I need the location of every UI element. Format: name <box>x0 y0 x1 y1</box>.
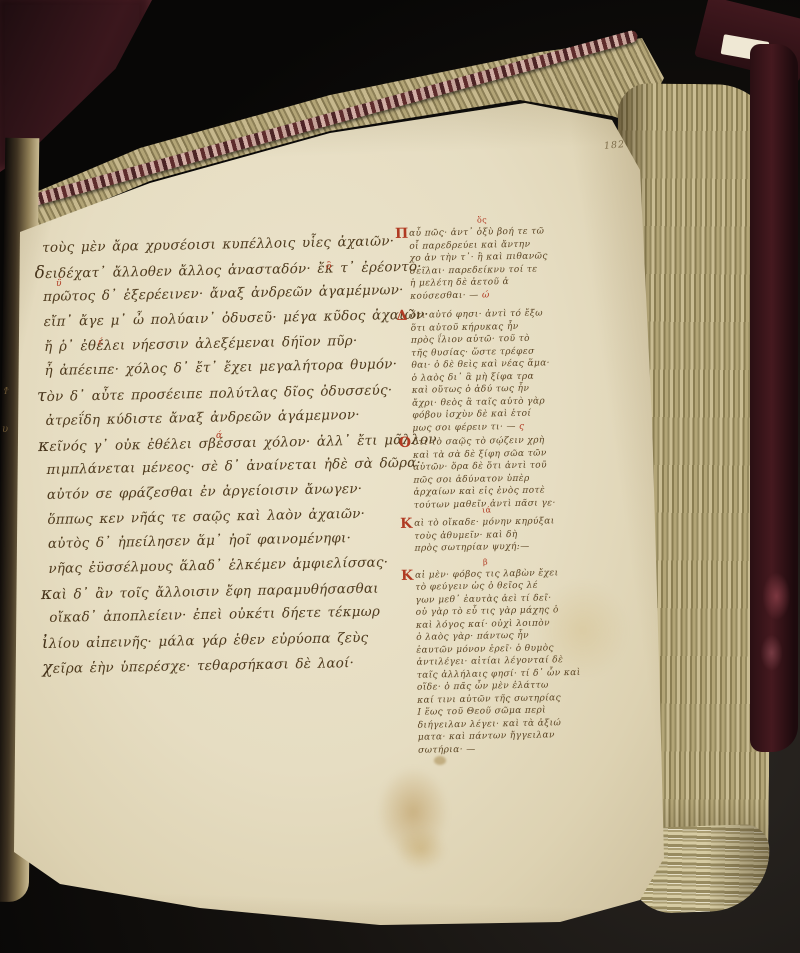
parchment-stain <box>536 580 628 680</box>
scholion-rubric-heading: ὅς <box>477 214 487 227</box>
enlarged-initial: τ <box>37 386 47 406</box>
scholion: Οὅτι τὸ σαῷς τὸ σῴζειν χρὴκαὶ τὰ σὰ δὲ ξ… <box>402 434 575 512</box>
parchment-page: τοὺς μὲν ἄρα χρυσέοισι κυπέλλοις υἷες ἀχ… <box>6 88 674 940</box>
scholion-line: σωτήρια· — <box>418 741 579 756</box>
scholion-line: κούσεσθαι· — ώ <box>410 287 571 302</box>
scholion-red-initial: Ο <box>399 437 412 450</box>
enlarged-initial: κ <box>41 583 53 603</box>
folio-number: 182 <box>604 139 626 152</box>
red-accent-mark: ὃ <box>326 262 331 272</box>
red-accent-mark: ΰ <box>56 279 61 289</box>
enlarged-initial: δ <box>35 263 46 283</box>
enlarged-initial: κ <box>38 435 50 455</box>
parchment-stain <box>434 756 446 765</box>
scholion-red-tail: ώ <box>479 290 490 300</box>
scholion-red-initial: Π <box>395 228 409 241</box>
scholia-column: ὅςΠαὖ πῶς· ἀντ᾽ ὀξὺ βοή τε τῶοἷ παρεδρεύ… <box>398 225 579 757</box>
gutter-ink-mark: υ <box>2 424 8 435</box>
scholion-rubric-heading: β <box>483 556 488 569</box>
enlarged-initial: ἰ <box>42 633 49 653</box>
scholion-red-initial: Δ <box>396 310 407 323</box>
scholion: Δὅτι αὐτό φησι· ἀντὶ τό ἔξωὅτι αὐτοῦ κήρ… <box>399 307 573 435</box>
scholion: ὅςΠαὖ πῶς· ἀντ᾽ ὀξὺ βοή τε τῶοἷ παρεδρεύ… <box>398 225 571 303</box>
scholion-line: τούτων μαθεῖν ἀντὶ πᾶσι γε· <box>414 496 575 511</box>
scholion-line: πρὸς σωτηρίαν ψυχή:— <box>414 540 575 555</box>
red-accent-mark: ά <box>216 431 222 441</box>
red-accent-mark: έ <box>98 338 103 348</box>
scholion-line: μως σοι φέρειν τι· — ς <box>412 419 573 434</box>
scholion-red-tail: ς <box>516 421 525 431</box>
manuscript-photo: τοὺς μὲν ἄρα χρυσέοισι κυπέλλοις υἷες ἀχ… <box>0 0 800 953</box>
gutter-ink-mark: Ϯ <box>4 386 8 397</box>
enlarged-initial: χ <box>42 658 53 678</box>
scholion-rubric-heading: ιά <box>482 504 492 517</box>
scholion-red-initial: Κ <box>400 518 413 531</box>
main-text-column: τοὺς μὲν ἄρα χρυσέοισι κυπέλλοις υἷες ἀχ… <box>42 229 406 680</box>
parchment-stain <box>396 828 446 870</box>
leather-cover-right <box>750 44 798 752</box>
scholion-red-initial: Κ <box>401 569 414 582</box>
scholion: ιάΚαὶ τὸ οἴκαδε· μόνην κηρύξαιτοὺς ἀθυμε… <box>403 515 576 555</box>
